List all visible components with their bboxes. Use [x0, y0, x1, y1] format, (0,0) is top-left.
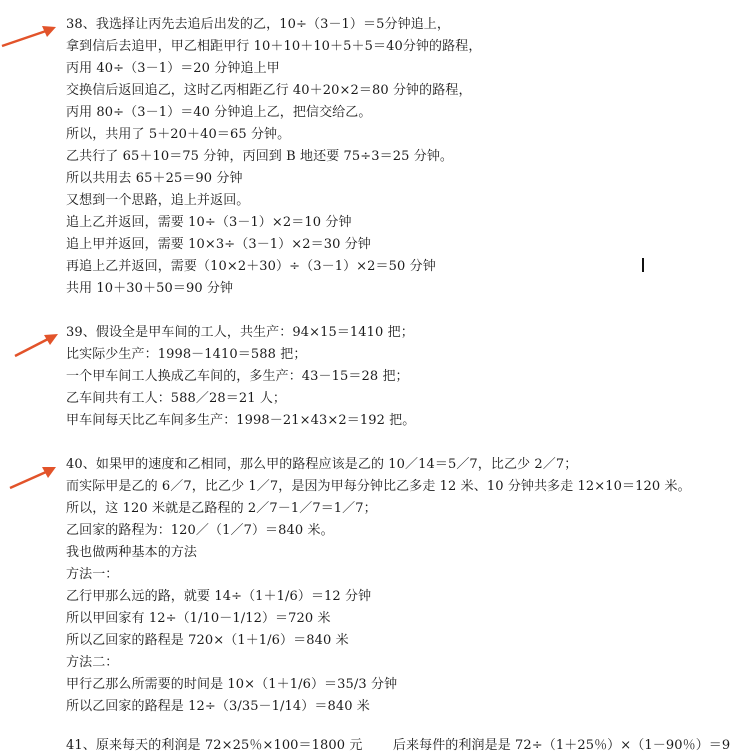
text-line: 乙行甲那么远的路，就要 14÷（1＋1/6）＝12 分钟	[66, 589, 371, 605]
text-line: 所以，这 120 米就是乙路程的 2／7－1／7＝1／7；	[66, 501, 377, 517]
text-line: 38、我选择让丙先去追后出发的乙，10÷（3－1）＝5分钟追上，	[66, 17, 450, 33]
text-line: 又想到一个思路，追上并返回。	[66, 193, 249, 209]
text-line: 追上乙并返回，需要 10÷（3－1）×2＝10 分钟	[66, 215, 352, 231]
arrow-icon	[0, 22, 60, 52]
text-line: 甲行乙那么所需要的时间是 10×（1＋1/6）＝35/3 分钟	[66, 677, 397, 693]
arrow-icon	[0, 330, 60, 360]
text-line: 再追上乙并返回，需要（10×2＋30）÷（3－1）×2＝50 分钟	[66, 259, 436, 275]
text-line: 所以，共用了 5＋20＋40＝65 分钟。	[66, 127, 290, 143]
text-line: 乙共行了 65＋10＝75 分钟，丙回到 B 地还要 75÷3＝25 分钟。	[66, 149, 453, 165]
text-line: 方法二：	[66, 655, 118, 671]
text-line: 乙回家的路程为：120／（1／7）＝840 米。	[66, 523, 334, 539]
text-line: 一个甲车间工人换成乙车间的，多生产：43－15＝28 把；	[66, 369, 409, 385]
text-line: 丙用 40÷（3－1）＝20 分钟追上甲	[66, 61, 280, 77]
text-line: 甲车间每天比乙车间多生产：1998－21×43×2＝192 把。	[66, 413, 415, 429]
arrow-icon	[0, 462, 60, 492]
text-line: 丙用 80÷（3－1）＝40 分钟追上乙，把信交给乙。	[66, 105, 371, 121]
text-line: 40、如果甲的速度和乙相同，那么甲的路程应该是乙的 10／14＝5／7，比乙少 …	[66, 457, 577, 473]
text-line: 交换信后返回追乙，这时乙丙相距乙行 40＋20×2＝80 分钟的路程，	[66, 83, 472, 99]
text-line: 所以共用去 65＋25＝90 分钟	[66, 171, 243, 187]
text-line: 所以甲回家有 12÷（1/10－1/12）＝720 米	[66, 611, 331, 627]
text-line: 我也做两种基本的方法	[66, 545, 197, 561]
text-line: 共用 10＋30＋50＝90 分钟	[66, 281, 233, 297]
text-line: 乙车间共有工人：588／28＝21 人；	[66, 391, 286, 407]
text-line: 拿到信后去追甲，甲乙相距甲行 10＋10＋10＋5＋5＝40分钟的路程，	[66, 39, 481, 55]
text-line: 方法一：	[66, 567, 118, 583]
text-line: 39、假设全是甲车间的工人，共生产：94×15＝1410 把；	[66, 325, 414, 341]
text-line: 比实际少生产：1998－1410＝588 把；	[66, 347, 306, 363]
text-line: 而实际甲是乙的 6／7，比乙少 1／7，是因为甲每分钟比乙多走 12 米、10 …	[66, 479, 691, 495]
text-line: 所以乙回家的路程是 720×（1＋1/6）＝840 米	[66, 633, 349, 649]
text-cursor	[642, 258, 644, 272]
text-line: 追上甲并返回，需要 10×3÷（3－1）×2＝30 分钟	[66, 237, 371, 253]
text-line: 41、原来每天的利润是 72×25％×100＝1800 元 后来每件的利润是是 …	[66, 738, 730, 754]
text-line: 所以乙回家的路程是 12÷（3/35－1/14）＝840 米	[66, 699, 370, 715]
